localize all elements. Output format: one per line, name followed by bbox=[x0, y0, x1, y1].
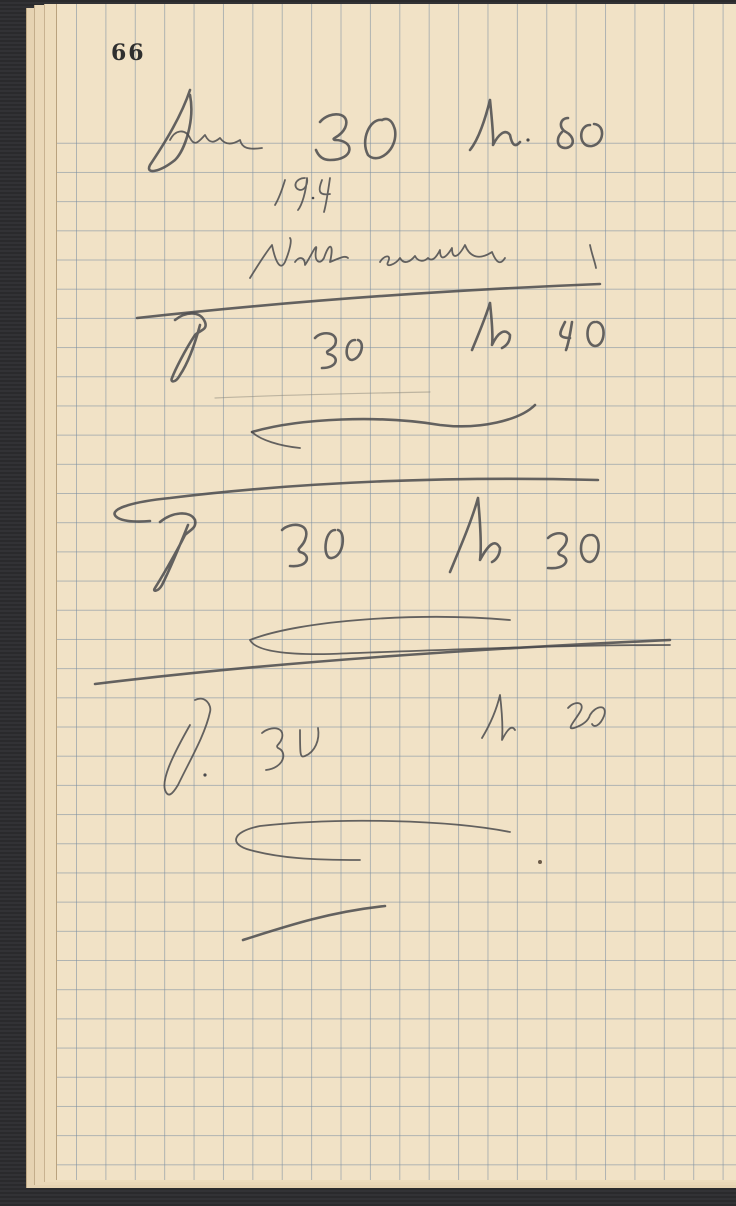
handwriting-entry-3 bbox=[154, 498, 598, 591]
ink-dot bbox=[538, 860, 542, 864]
handwriting-entry-1 bbox=[149, 90, 602, 171]
flourish-line bbox=[243, 906, 385, 940]
flourish-line bbox=[236, 821, 510, 860]
handwriting-entry-2 bbox=[172, 303, 604, 381]
handwriting-entry-4 bbox=[164, 695, 604, 795]
flourish-line bbox=[250, 617, 670, 654]
handwriting-note bbox=[275, 178, 330, 212]
divider-line bbox=[137, 284, 600, 318]
handwriting-layer bbox=[0, 0, 736, 1206]
flourish-line bbox=[252, 405, 535, 432]
bleed-through bbox=[215, 392, 430, 398]
flourish-line bbox=[252, 432, 300, 448]
handwriting-annotation bbox=[250, 238, 596, 278]
